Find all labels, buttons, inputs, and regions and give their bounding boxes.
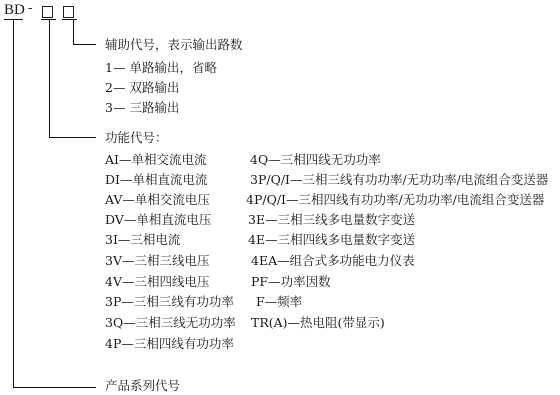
function-right-8: TR(A)—热电阻(带显示) xyxy=(251,315,385,331)
function-connector-vertical xyxy=(49,19,50,138)
function-connector-horizontal xyxy=(49,137,96,138)
function-left-3: DV—单相直流电压 xyxy=(105,212,211,228)
function-right-4: 4E—三相四线多电量数字变送 xyxy=(248,232,415,248)
aux-item-1: 1— 单路输出，省略 xyxy=(105,60,217,76)
aux-item-3: 3— 三路输出 xyxy=(105,100,179,116)
aux-connector-vertical xyxy=(73,19,74,45)
function-right-3: 3E—三相三线多电量数字变送 xyxy=(248,212,415,228)
aux-item-label: 三路输出 xyxy=(129,100,179,115)
auxiliary-code-title: 辅助代号，表示输出路数 xyxy=(105,37,243,53)
function-left-9: 4P—三相四线有功功率 xyxy=(105,336,234,352)
product-series-title: 产品系列代号 xyxy=(105,378,180,394)
function-left-6: 4V—三相四线电压 xyxy=(105,274,209,290)
series-connector-vertical xyxy=(13,19,14,388)
aux-item-2: 2— 双路输出 xyxy=(105,80,179,96)
aux-item-label: 双路输出 xyxy=(129,80,179,95)
aux-connector-horizontal xyxy=(73,44,96,45)
function-code-title: 功能代号： xyxy=(105,130,168,146)
function-left-4: 3I—三相电流 xyxy=(105,232,180,248)
function-right-7: F—频率 xyxy=(256,294,302,310)
function-right-1: 3P/Q/I—三相三线有功功率/无功功率/电流组合变送器 xyxy=(250,172,548,188)
separator: - xyxy=(28,1,32,16)
box2-underline xyxy=(62,19,77,20)
function-code-placeholder-box xyxy=(42,6,53,18)
function-left-1: DI—单相直流电流 xyxy=(105,172,207,188)
aux-item-code: 1— xyxy=(105,60,125,75)
function-right-0: 4Q—三相四线无功功率 xyxy=(250,152,381,168)
function-left-5: 3V—三相三线电压 xyxy=(105,253,209,269)
function-left-2: AV—单相交流电压 xyxy=(105,192,210,208)
function-left-8: 3Q—三相三线无功功率 xyxy=(105,315,236,331)
series-prefix: BD xyxy=(4,2,25,19)
function-left-0: AI—单相交流电流 xyxy=(105,152,206,168)
function-left-7: 3P—三相三线有功功率 xyxy=(105,294,234,310)
series-connector-horizontal xyxy=(13,387,96,388)
aux-item-label: 单路输出，省略 xyxy=(129,60,217,75)
function-right-6: PF—功率因数 xyxy=(251,274,331,290)
aux-item-code: 2— xyxy=(105,80,125,95)
aux-item-code: 3— xyxy=(105,100,125,115)
function-right-2: 4P/Q/I—三相四线有功功率/无功功率/电流组合变送器 xyxy=(246,192,544,208)
auxiliary-code-placeholder-box xyxy=(63,6,74,18)
function-right-5: 4EA—组合式多功能电力仪表 xyxy=(251,253,415,269)
